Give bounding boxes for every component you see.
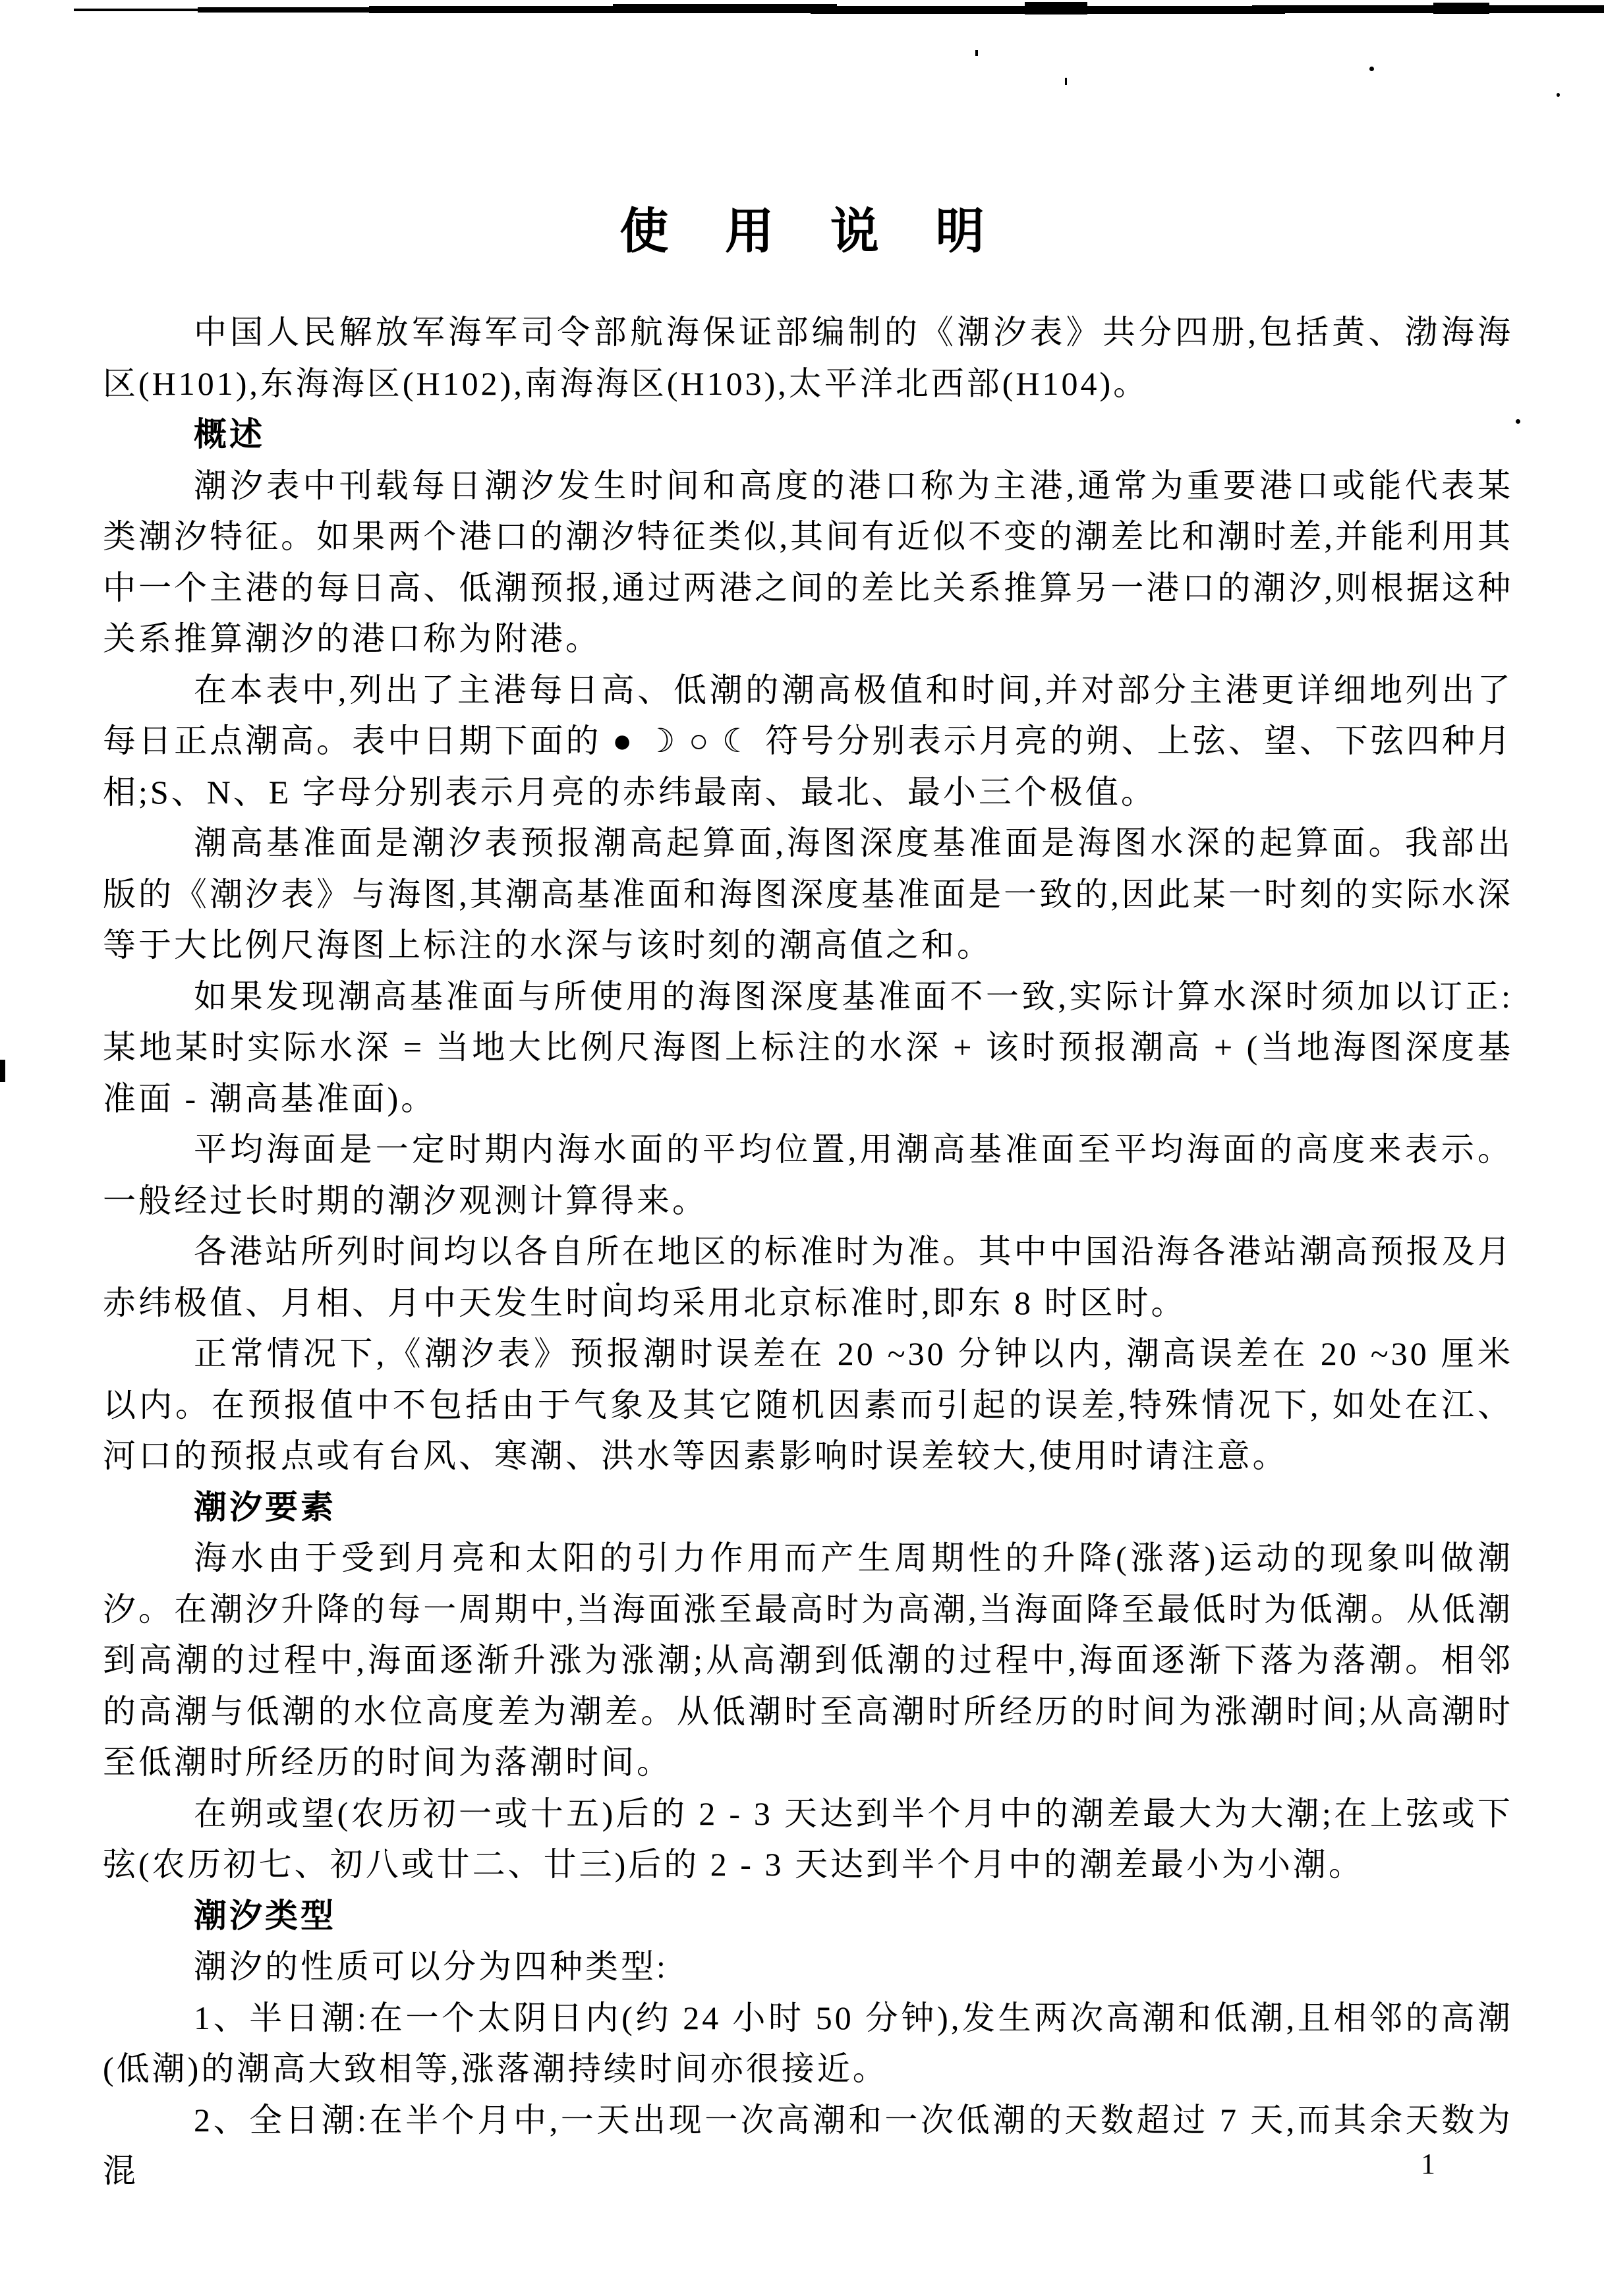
- paragraph-standard-time: 各港站所列时间均以各自所在地区的标准时为准。其中中国沿海各港站潮高预报及月赤纬极…: [103, 1226, 1513, 1329]
- paragraph-tide-definition: 海水由于受到月亮和太阳的引力作用而产生周期性的升降(涨落)运动的现象叫做潮汐。在…: [103, 1533, 1513, 1789]
- paragraph-tidal-datum: 潮高基准面是潮汐表预报潮高起算面,海图深度基准面是海图水深的起算面。我部出版的《…: [103, 818, 1513, 971]
- section-heading-tidal-elements: 潮汐要素: [103, 1482, 1513, 1534]
- scan-artifact-top-edge: [198, 7, 395, 13]
- section-heading-tidal-types: 潮汐类型: [103, 1891, 1513, 1942]
- scan-artifact-top-edge: [369, 6, 646, 13]
- scan-speck: [1516, 419, 1520, 424]
- page-number: 1: [1421, 2150, 1435, 2179]
- scan-speck-left-edge: [0, 1060, 5, 1082]
- scan-speck: [1557, 93, 1560, 97]
- scan-speck: [1065, 78, 1067, 85]
- paragraph-table-contents-moon-symbols: 在本表中,列出了主港每日高、低潮的潮高极值和时间,并对部分主港更详细地列出了每日…: [103, 665, 1513, 818]
- page-title: 使 用 说 明: [0, 192, 1604, 262]
- scan-artifact-top-edge: [1433, 3, 1489, 14]
- paragraph-type-diurnal: 2、全日潮:在半个月中,一天出现一次高潮和一次低潮的天数超过 7 天,而其余天数…: [103, 2095, 1513, 2197]
- paragraph-main-port-definition: 潮汐表中刊载每日潮汐发生时间和高度的港口称为主港,通常为重要港口或能代表某类潮汐…: [103, 461, 1513, 665]
- scan-artifact-top-edge: [613, 4, 837, 13]
- paragraph-volumes-intro: 中国人民解放军海军司令部航海保证部编制的《潮汐表》共分四册,包括黄、渤海海区(H…: [103, 307, 1513, 409]
- paragraph-four-types-intro: 潮汐的性质可以分为四种类型:: [103, 1941, 1513, 1993]
- scan-artifact-top-edge: [1025, 2, 1087, 14]
- scan-artifact-top-edge: [74, 9, 206, 11]
- scan-speck: [975, 50, 978, 56]
- scan-speck: [1369, 67, 1374, 71]
- scan-artifact-top-edge: [1509, 7, 1604, 13]
- paragraph-mean-sea-level: 平均海面是一定时期内海水面的平均位置,用潮高基准面至平均海面的高度来表示。一般经…: [103, 1124, 1513, 1226]
- section-heading-overview: 概述: [103, 409, 1513, 461]
- paragraph-type-semidiurnal: 1、半日潮:在一个太阴日内(约 24 小时 50 分钟),发生两次高潮和低潮,且…: [103, 1993, 1513, 2095]
- paragraph-error-range: 正常情况下,《潮汐表》预报潮时误差在 20 ~30 分钟以内, 潮高误差在 20…: [103, 1329, 1513, 1482]
- document-page: 使 用 说 明 中国人民解放军海军司令部航海保证部编制的《潮汐表》共分四册,包括…: [0, 0, 1604, 2296]
- paragraph-datum-correction-formula: 如果发现潮高基准面与所使用的海图深度基准面不一致,实际计算水深时须加以订正:某地…: [103, 971, 1513, 1125]
- paragraph-spring-neap-tide: 在朔或望(农历初一或十五)后的 2 - 3 天达到半个月中的潮差最大为大潮;在上…: [103, 1789, 1513, 1891]
- document-body: 中国人民解放军海军司令部航海保证部编制的《潮汐表》共分四册,包括黄、渤海海区(H…: [103, 307, 1513, 2197]
